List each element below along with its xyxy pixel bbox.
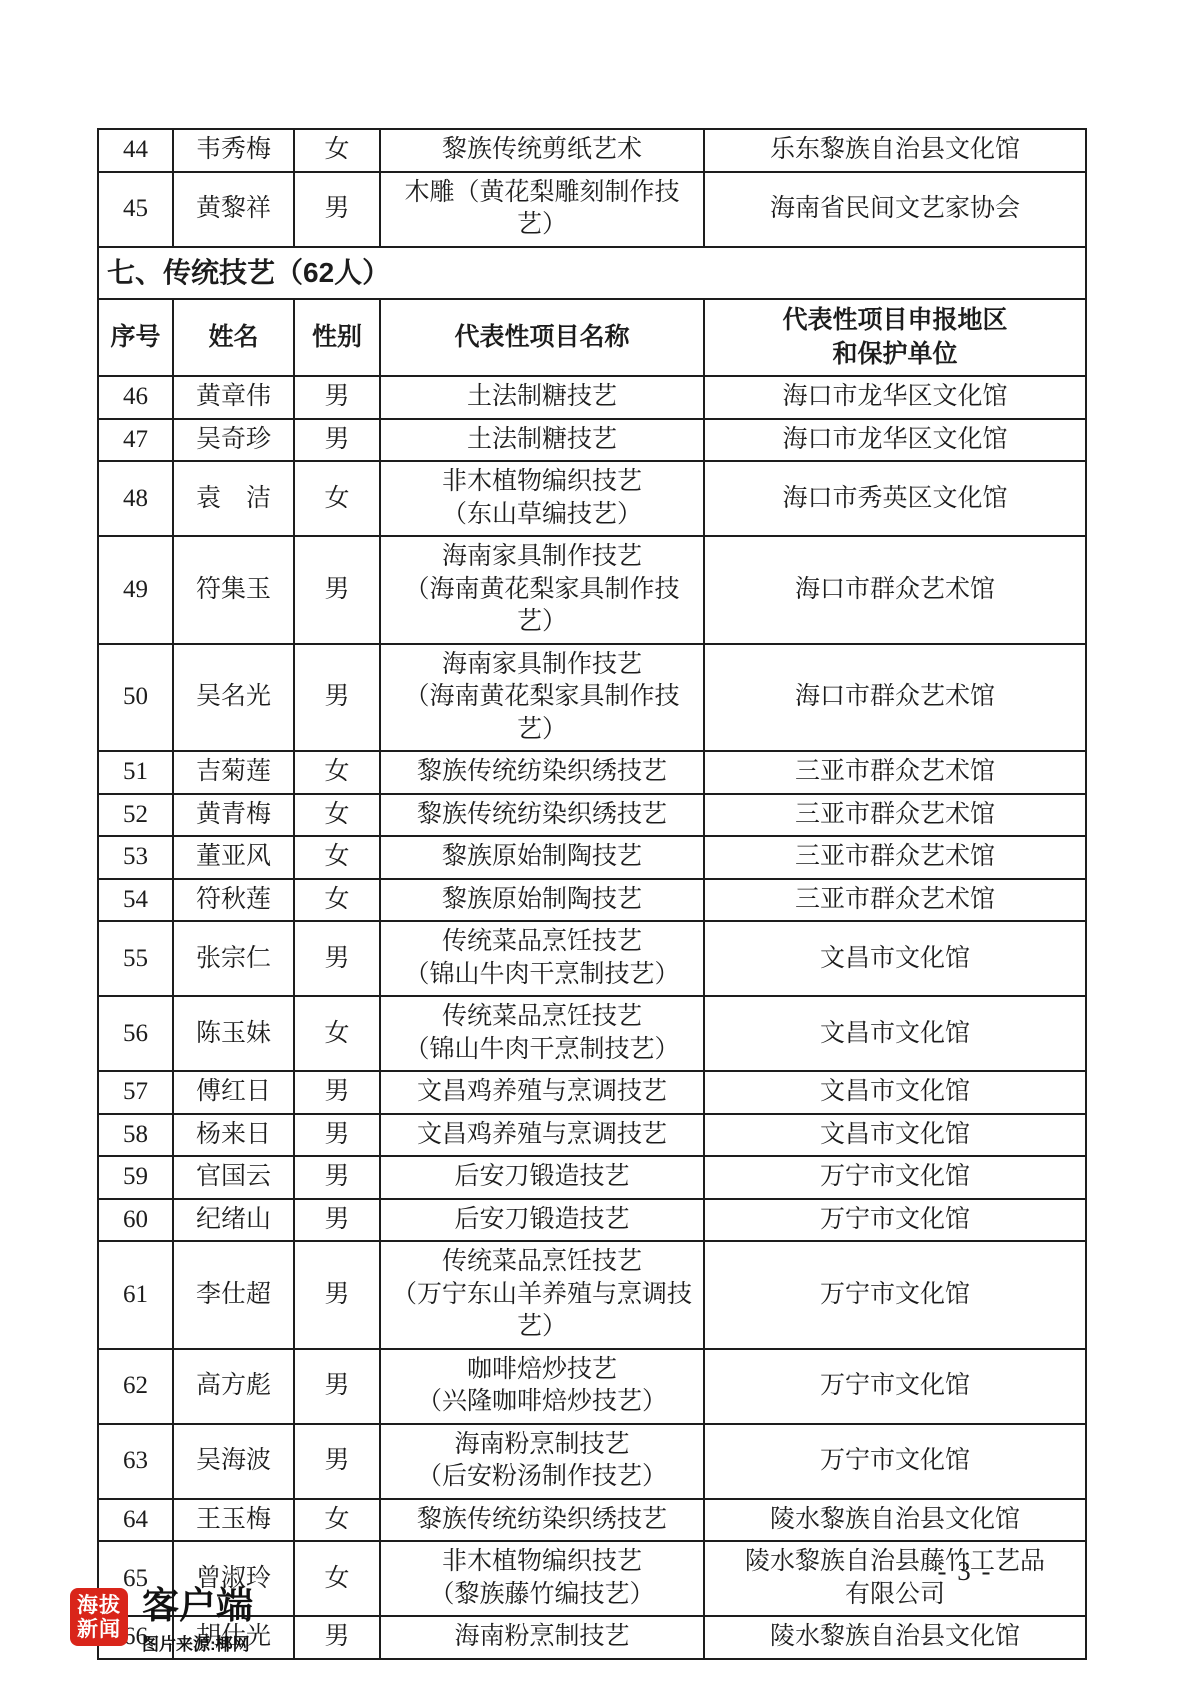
cell-gender: 男 [294,419,380,462]
cell-name: 符秋莲 [173,879,294,922]
logo-text-line2: 新闻 [77,1617,121,1641]
cell-name: 黄黎祥 [173,172,294,247]
cell-name: 张宗仁 [173,921,294,996]
cell-no: 55 [98,921,173,996]
cell-no: 51 [98,751,173,794]
cell-name: 吴名光 [173,644,294,752]
table-row: 57傅红日男文昌鸡养殖与烹调技艺文昌市文化馆 [98,1071,1086,1114]
cell-project: 黎族传统纺染织绣技艺 [380,794,704,837]
cell-gender: 男 [294,1349,380,1424]
cell-gender: 女 [294,1541,380,1616]
table-row: 62高方彪男咖啡焙炒技艺 （兴隆咖啡焙炒技艺）万宁市文化馆 [98,1349,1086,1424]
cell-project: 海南家具制作技艺 （海南黄花梨家具制作技艺） [380,536,704,644]
cell-project: 非木植物编织技艺 （东山草编技艺） [380,461,704,536]
cell-unit: 三亚市群众艺术馆 [704,879,1086,922]
cell-gender: 男 [294,1424,380,1499]
cell-gender: 男 [294,172,380,247]
cell-no: 45 [98,172,173,247]
table-row: 63吴海波男海南粉烹制技艺 （后安粉汤制作技艺）万宁市文化馆 [98,1424,1086,1499]
table-row: 49符集玉男海南家具制作技艺 （海南黄花梨家具制作技艺）海口市群众艺术馆 [98,536,1086,644]
cell-project: 木雕（黄花梨雕刻制作技艺） [380,172,704,247]
cell-unit: 文昌市文化馆 [704,921,1086,996]
cell-gender: 女 [294,1499,380,1542]
footer-brand: 海拔 新闻 客户端 图片来源:椰网 [70,1588,253,1655]
table-body-rows: 46黄章伟男土法制糖技艺海口市龙华区文化馆47吴奇珍男土法制糖技艺海口市龙华区文… [98,376,1086,1659]
cell-unit: 文昌市文化馆 [704,1071,1086,1114]
cell-gender: 男 [294,1156,380,1199]
cell-gender: 男 [294,921,380,996]
table-row: 47吴奇珍男土法制糖技艺海口市龙华区文化馆 [98,419,1086,462]
cell-unit: 三亚市群众艺术馆 [704,751,1086,794]
cell-gender: 男 [294,1241,380,1349]
cell-unit: 海口市群众艺术馆 [704,644,1086,752]
cell-unit: 文昌市文化馆 [704,1114,1086,1157]
cell-name: 韦秀梅 [173,129,294,172]
cell-name: 陈玉妹 [173,996,294,1071]
section-title-row: 七、传统技艺（62人） [98,247,1086,299]
cell-no: 49 [98,536,173,644]
cell-name: 高方彪 [173,1349,294,1424]
cell-gender: 女 [294,836,380,879]
table-row: 56陈玉妹女传统菜品烹饪技艺 （锦山牛肉干烹制技艺）文昌市文化馆 [98,996,1086,1071]
cell-name: 黄章伟 [173,376,294,419]
cell-project: 文昌鸡养殖与烹调技艺 [380,1114,704,1157]
cell-no: 44 [98,129,173,172]
page-number: - 3 - [900,1556,1030,1587]
cell-gender: 男 [294,1199,380,1242]
logo-text-line1: 海拔 [77,1593,121,1617]
cell-unit: 海口市龙华区文化馆 [704,376,1086,419]
cell-name: 王玉梅 [173,1499,294,1542]
cell-unit: 万宁市文化馆 [704,1349,1086,1424]
column-header: 性别 [294,299,380,377]
cell-no: 62 [98,1349,173,1424]
cell-unit: 海口市龙华区文化馆 [704,419,1086,462]
cell-project: 后安刀锻造技艺 [380,1156,704,1199]
cell-project: 传统菜品烹饪技艺 （锦山牛肉干烹制技艺） [380,921,704,996]
cell-no: 46 [98,376,173,419]
cell-no: 50 [98,644,173,752]
cell-name: 吴海波 [173,1424,294,1499]
cell-no: 60 [98,1199,173,1242]
cell-gender: 女 [294,129,380,172]
table-row: 53董亚风女黎族原始制陶技艺三亚市群众艺术馆 [98,836,1086,879]
cell-unit: 海口市群众艺术馆 [704,536,1086,644]
cell-gender: 女 [294,461,380,536]
cell-project: 后安刀锻造技艺 [380,1199,704,1242]
cell-gender: 男 [294,376,380,419]
heritage-inheritors-table: 44韦秀梅女黎族传统剪纸艺术乐东黎族自治县文化馆45黄黎祥男木雕（黄花梨雕刻制作… [97,128,1087,1660]
cell-name: 官国云 [173,1156,294,1199]
table-row: 55张宗仁男传统菜品烹饪技艺 （锦山牛肉干烹制技艺）文昌市文化馆 [98,921,1086,996]
column-header: 姓名 [173,299,294,377]
cell-project: 海南粉烹制技艺 [380,1616,704,1659]
footer-text-block: 客户端 图片来源:椰网 [142,1588,253,1655]
cell-gender: 男 [294,644,380,752]
table-row: 51吉菊莲女黎族传统纺染织绣技艺三亚市群众艺术馆 [98,751,1086,794]
cell-no: 57 [98,1071,173,1114]
table-row: 48袁 洁女非木植物编织技艺 （东山草编技艺）海口市秀英区文化馆 [98,461,1086,536]
table-row: 50吴名光男海南家具制作技艺 （海南黄花梨家具制作技艺）海口市群众艺术馆 [98,644,1086,752]
section-title: 七、传统技艺（62人） [98,247,1086,299]
table-row: 59官国云男后安刀锻造技艺万宁市文化馆 [98,1156,1086,1199]
cell-no: 52 [98,794,173,837]
cell-gender: 男 [294,536,380,644]
table-row: 46黄章伟男土法制糖技艺海口市龙华区文化馆 [98,376,1086,419]
cell-name: 吴奇珍 [173,419,294,462]
table-row: 64王玉梅女黎族传统纺染织绣技艺陵水黎族自治县文化馆 [98,1499,1086,1542]
cell-project: 土法制糖技艺 [380,419,704,462]
image-source-label: 图片来源:椰网 [142,1630,253,1655]
cell-gender: 女 [294,879,380,922]
column-header: 序号 [98,299,173,377]
cell-name: 纪绪山 [173,1199,294,1242]
table-pre-section-rows: 44韦秀梅女黎族传统剪纸艺术乐东黎族自治县文化馆45黄黎祥男木雕（黄花梨雕刻制作… [98,129,1086,247]
cell-no: 48 [98,461,173,536]
cell-project: 咖啡焙炒技艺 （兴隆咖啡焙炒技艺） [380,1349,704,1424]
cell-unit: 三亚市群众艺术馆 [704,836,1086,879]
client-label: 客户端 [142,1588,253,1625]
cell-project: 传统菜品烹饪技艺 （锦山牛肉干烹制技艺） [380,996,704,1071]
cell-project: 海南粉烹制技艺 （后安粉汤制作技艺） [380,1424,704,1499]
column-header: 代表性项目申报地区 和保护单位 [704,299,1086,377]
cell-name: 袁 洁 [173,461,294,536]
cell-unit: 三亚市群众艺术馆 [704,794,1086,837]
table-row: 61李仕超男传统菜品烹饪技艺 （万宁东山羊养殖与烹调技艺）万宁市文化馆 [98,1241,1086,1349]
cell-project: 传统菜品烹饪技艺 （万宁东山羊养殖与烹调技艺） [380,1241,704,1349]
haiba-news-logo: 海拔 新闻 [70,1588,128,1646]
cell-project: 黎族原始制陶技艺 [380,879,704,922]
cell-unit: 海南省民间文艺家协会 [704,172,1086,247]
cell-name: 黄青梅 [173,794,294,837]
table-row: 60纪绪山男后安刀锻造技艺万宁市文化馆 [98,1199,1086,1242]
cell-unit: 海口市秀英区文化馆 [704,461,1086,536]
cell-project: 黎族原始制陶技艺 [380,836,704,879]
cell-no: 59 [98,1156,173,1199]
cell-name: 吉菊莲 [173,751,294,794]
cell-no: 61 [98,1241,173,1349]
cell-project: 海南家具制作技艺 （海南黄花梨家具制作技艺） [380,644,704,752]
table-section: 七、传统技艺（62人） 序号姓名性别代表性项目名称代表性项目申报地区 和保护单位 [98,247,1086,377]
cell-gender: 女 [294,751,380,794]
cell-no: 54 [98,879,173,922]
cell-gender: 男 [294,1071,380,1114]
cell-name: 李仕超 [173,1241,294,1349]
cell-no: 63 [98,1424,173,1499]
cell-gender: 女 [294,996,380,1071]
cell-no: 53 [98,836,173,879]
cell-project: 黎族传统纺染织绣技艺 [380,751,704,794]
cell-no: 47 [98,419,173,462]
cell-project: 非木植物编织技艺 （黎族藤竹编技艺） [380,1541,704,1616]
cell-project: 土法制糖技艺 [380,376,704,419]
table-row: 45黄黎祥男木雕（黄花梨雕刻制作技艺）海南省民间文艺家协会 [98,172,1086,247]
table-row: 44韦秀梅女黎族传统剪纸艺术乐东黎族自治县文化馆 [98,129,1086,172]
cell-no: 58 [98,1114,173,1157]
table-row: 54符秋莲女黎族原始制陶技艺三亚市群众艺术馆 [98,879,1086,922]
cell-gender: 女 [294,794,380,837]
table-row: 58杨来日男文昌鸡养殖与烹调技艺文昌市文化馆 [98,1114,1086,1157]
cell-name: 符集玉 [173,536,294,644]
table-header-row: 序号姓名性别代表性项目名称代表性项目申报地区 和保护单位 [98,299,1086,377]
cell-unit: 乐东黎族自治县文化馆 [704,129,1086,172]
cell-gender: 男 [294,1114,380,1157]
cell-no: 64 [98,1499,173,1542]
table-row: 52黄青梅女黎族传统纺染织绣技艺三亚市群众艺术馆 [98,794,1086,837]
document-page: 44韦秀梅女黎族传统剪纸艺术乐东黎族自治县文化馆45黄黎祥男木雕（黄花梨雕刻制作… [0,0,1190,1683]
cell-unit: 文昌市文化馆 [704,996,1086,1071]
cell-unit: 万宁市文化馆 [704,1199,1086,1242]
cell-project: 文昌鸡养殖与烹调技艺 [380,1071,704,1114]
cell-name: 董亚风 [173,836,294,879]
column-header: 代表性项目名称 [380,299,704,377]
cell-unit: 万宁市文化馆 [704,1241,1086,1349]
cell-name: 傅红日 [173,1071,294,1114]
cell-unit: 万宁市文化馆 [704,1424,1086,1499]
cell-unit: 陵水黎族自治县文化馆 [704,1499,1086,1542]
cell-no: 56 [98,996,173,1071]
cell-project: 黎族传统剪纸艺术 [380,129,704,172]
cell-gender: 男 [294,1616,380,1659]
cell-unit: 万宁市文化馆 [704,1156,1086,1199]
cell-name: 杨来日 [173,1114,294,1157]
cell-project: 黎族传统纺染织绣技艺 [380,1499,704,1542]
cell-unit: 陵水黎族自治县文化馆 [704,1616,1086,1659]
